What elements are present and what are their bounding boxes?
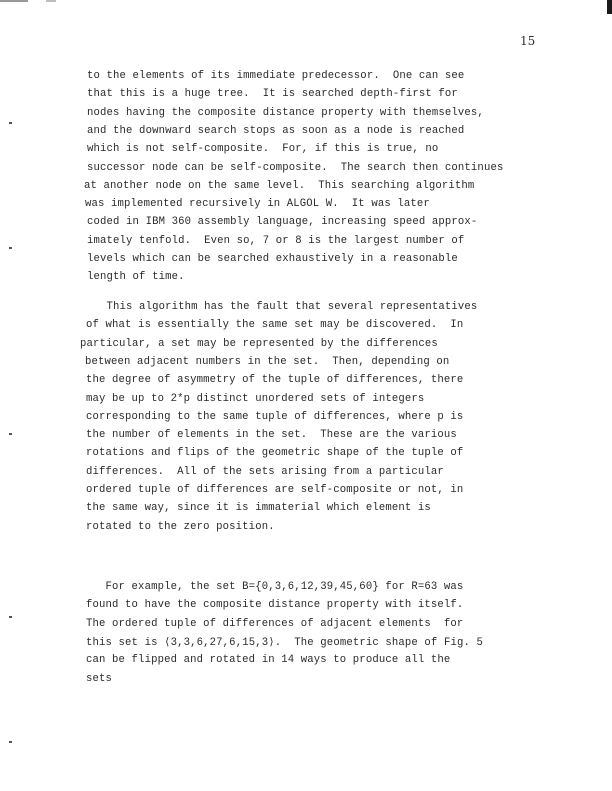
text-line: differences. All of the sets arising fro…: [86, 466, 444, 478]
text-line: ordered tuple of differences are self-co…: [86, 484, 463, 496]
text-line: particular, a set may be represented by …: [80, 338, 438, 350]
text-line: nodes having the composite distance prop…: [87, 107, 484, 119]
margin-mark: [9, 122, 12, 124]
text-line: imately tenfold. Even so, 7 or 8 is the …: [87, 235, 464, 247]
text-line: length of time.: [87, 271, 185, 283]
text-line: may be up to 2*p distinct unordered sets…: [86, 393, 424, 405]
scan-artifact: [607, 0, 612, 14]
text-line: coded in IBM 360 assembly language, incr…: [87, 216, 477, 228]
scan-artifact: [46, 0, 56, 2]
text-line: which is not self-composite. For, if thi…: [87, 143, 438, 155]
text-line: levels which can be searched exhaustivel…: [87, 253, 458, 265]
text-line: rotated to the zero position.: [86, 521, 275, 533]
text-line: sets: [86, 673, 112, 685]
text-line: of what is essentially the same set may …: [86, 319, 463, 331]
text-line: at another node on the same level. This …: [84, 180, 474, 192]
margin-mark: [9, 616, 12, 618]
margin-mark: [9, 247, 12, 249]
text-line: For example, the set B={0,3,6,12,39,45,6…: [86, 581, 463, 593]
text-line: The ordered tuple of differences of adja…: [86, 618, 463, 630]
page-number: 15: [520, 34, 535, 48]
text-line: successor node can be self-composite. Th…: [87, 162, 503, 174]
text-line: corresponding to the same tuple of diffe…: [86, 411, 463, 423]
text-line: the degree of asymmetry of the tuple of …: [86, 374, 463, 386]
text-line: this set is ⟨3,3,6,27,6,15,3⟩. The geome…: [86, 636, 483, 649]
text-line: the same way, since it is immaterial whi…: [86, 502, 431, 514]
text-line: and the downward search stops as soon as…: [87, 125, 464, 137]
text-line: found to have the composite distance pro…: [86, 599, 463, 611]
text-line: to the elements of its immediate predece…: [87, 70, 464, 82]
margin-mark: [9, 741, 12, 743]
margin-mark: [9, 433, 12, 435]
text-line: between adjacent numbers in the set. The…: [85, 356, 449, 368]
text-line: can be flipped and rotated in 14 ways to…: [86, 654, 450, 666]
scan-artifact: [0, 0, 28, 2]
text-line: rotations and flips of the geometric sha…: [86, 447, 463, 459]
text-line: This algorithm has the fault that severa…: [87, 301, 477, 313]
text-line: was implemented recursively in ALGOL W. …: [85, 198, 430, 210]
text-line: the number of elements in the set. These…: [86, 429, 457, 441]
text-line: that this is a huge tree. It is searched…: [87, 88, 458, 100]
